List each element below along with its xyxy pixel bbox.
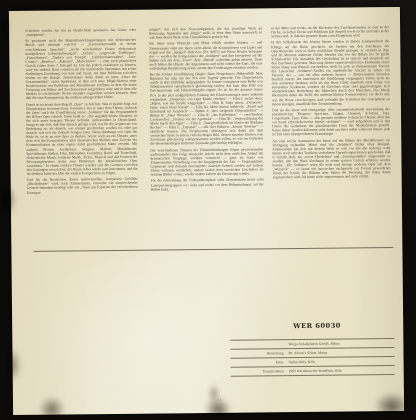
paragraph: Die verschiedenen Themen der Filmeinblen… xyxy=(150,147,263,177)
credit-row: Tonaufnahmen1965 Westdeutscher Rundfunk,… xyxy=(231,365,395,376)
paragraph: Und als die letzte und einzigartige, all… xyxy=(272,107,390,137)
credit-label xyxy=(230,344,288,345)
divider-rule xyxy=(33,247,393,252)
paragraph: Damit ist nicht mit dem Begriff „Oper“ z… xyxy=(26,101,138,176)
paragraph: Bis diese seine Wünsche und Pläne erfüll… xyxy=(149,41,262,71)
credit-value: Wergo-Schallplatten GmbH, Mainz xyxy=(288,341,394,346)
photo-background: Schichten würden für ihn an Deutlichkeit… xyxy=(0,0,416,420)
catalog-number: WER 60030 xyxy=(293,322,341,330)
text-column-1: Schichten würden für ihn an Deutlichkeit… xyxy=(25,28,138,244)
paragraph: So gewännen auch die Magnetband-Einspiel… xyxy=(25,38,137,100)
page-mark: 14 xyxy=(217,397,222,402)
liner-notes: Schichten würden für ihn an Deutlichkeit… xyxy=(25,25,391,244)
credit-value: 1965 Westdeutscher Rundfunk, Köln xyxy=(289,368,395,373)
credit-value: Stefan Odry, Köln xyxy=(289,359,395,364)
paragraph: in der Mitte und rechts, an der Rückseit… xyxy=(271,25,389,38)
text-column-2: tungen“, das sich den Notwendigkeiten, d… xyxy=(149,26,264,235)
credit-value: Ph. Alberti's Söhne, Mainz xyxy=(288,350,394,355)
record-sleeve-back: Schichten würden für ihn an Deutlichkeit… xyxy=(9,7,404,415)
credits-table: Wergo-Schallplatten GmbH, MainzHerstellu… xyxy=(230,338,394,377)
paragraph: Als eine solche Summation der heute auf … xyxy=(272,138,390,180)
paragraph: tungen“, das sich den Notwendigkeiten, d… xyxy=(149,26,262,39)
credit-label: Tonaufnahmen xyxy=(231,369,289,374)
paragraph: Für die Abstrahlung der Tonbandkomplexe … xyxy=(151,178,264,191)
text-column-3: in der Mitte und rechts, an der Rückseit… xyxy=(271,25,391,221)
paragraph: Schichten würden für ihn an Deutlichkeit… xyxy=(25,28,136,37)
paragraph: In der Schlußszene des letzten Satzes we… xyxy=(271,39,390,105)
paragraph: Und für die Realisation dieses audiovisu… xyxy=(27,177,138,194)
paragraph: Bei der Kölner Uraufführung (Regie: Hans… xyxy=(150,72,264,147)
credit-label: Fotos xyxy=(231,360,289,365)
credit-label: Herstellung xyxy=(230,351,288,356)
